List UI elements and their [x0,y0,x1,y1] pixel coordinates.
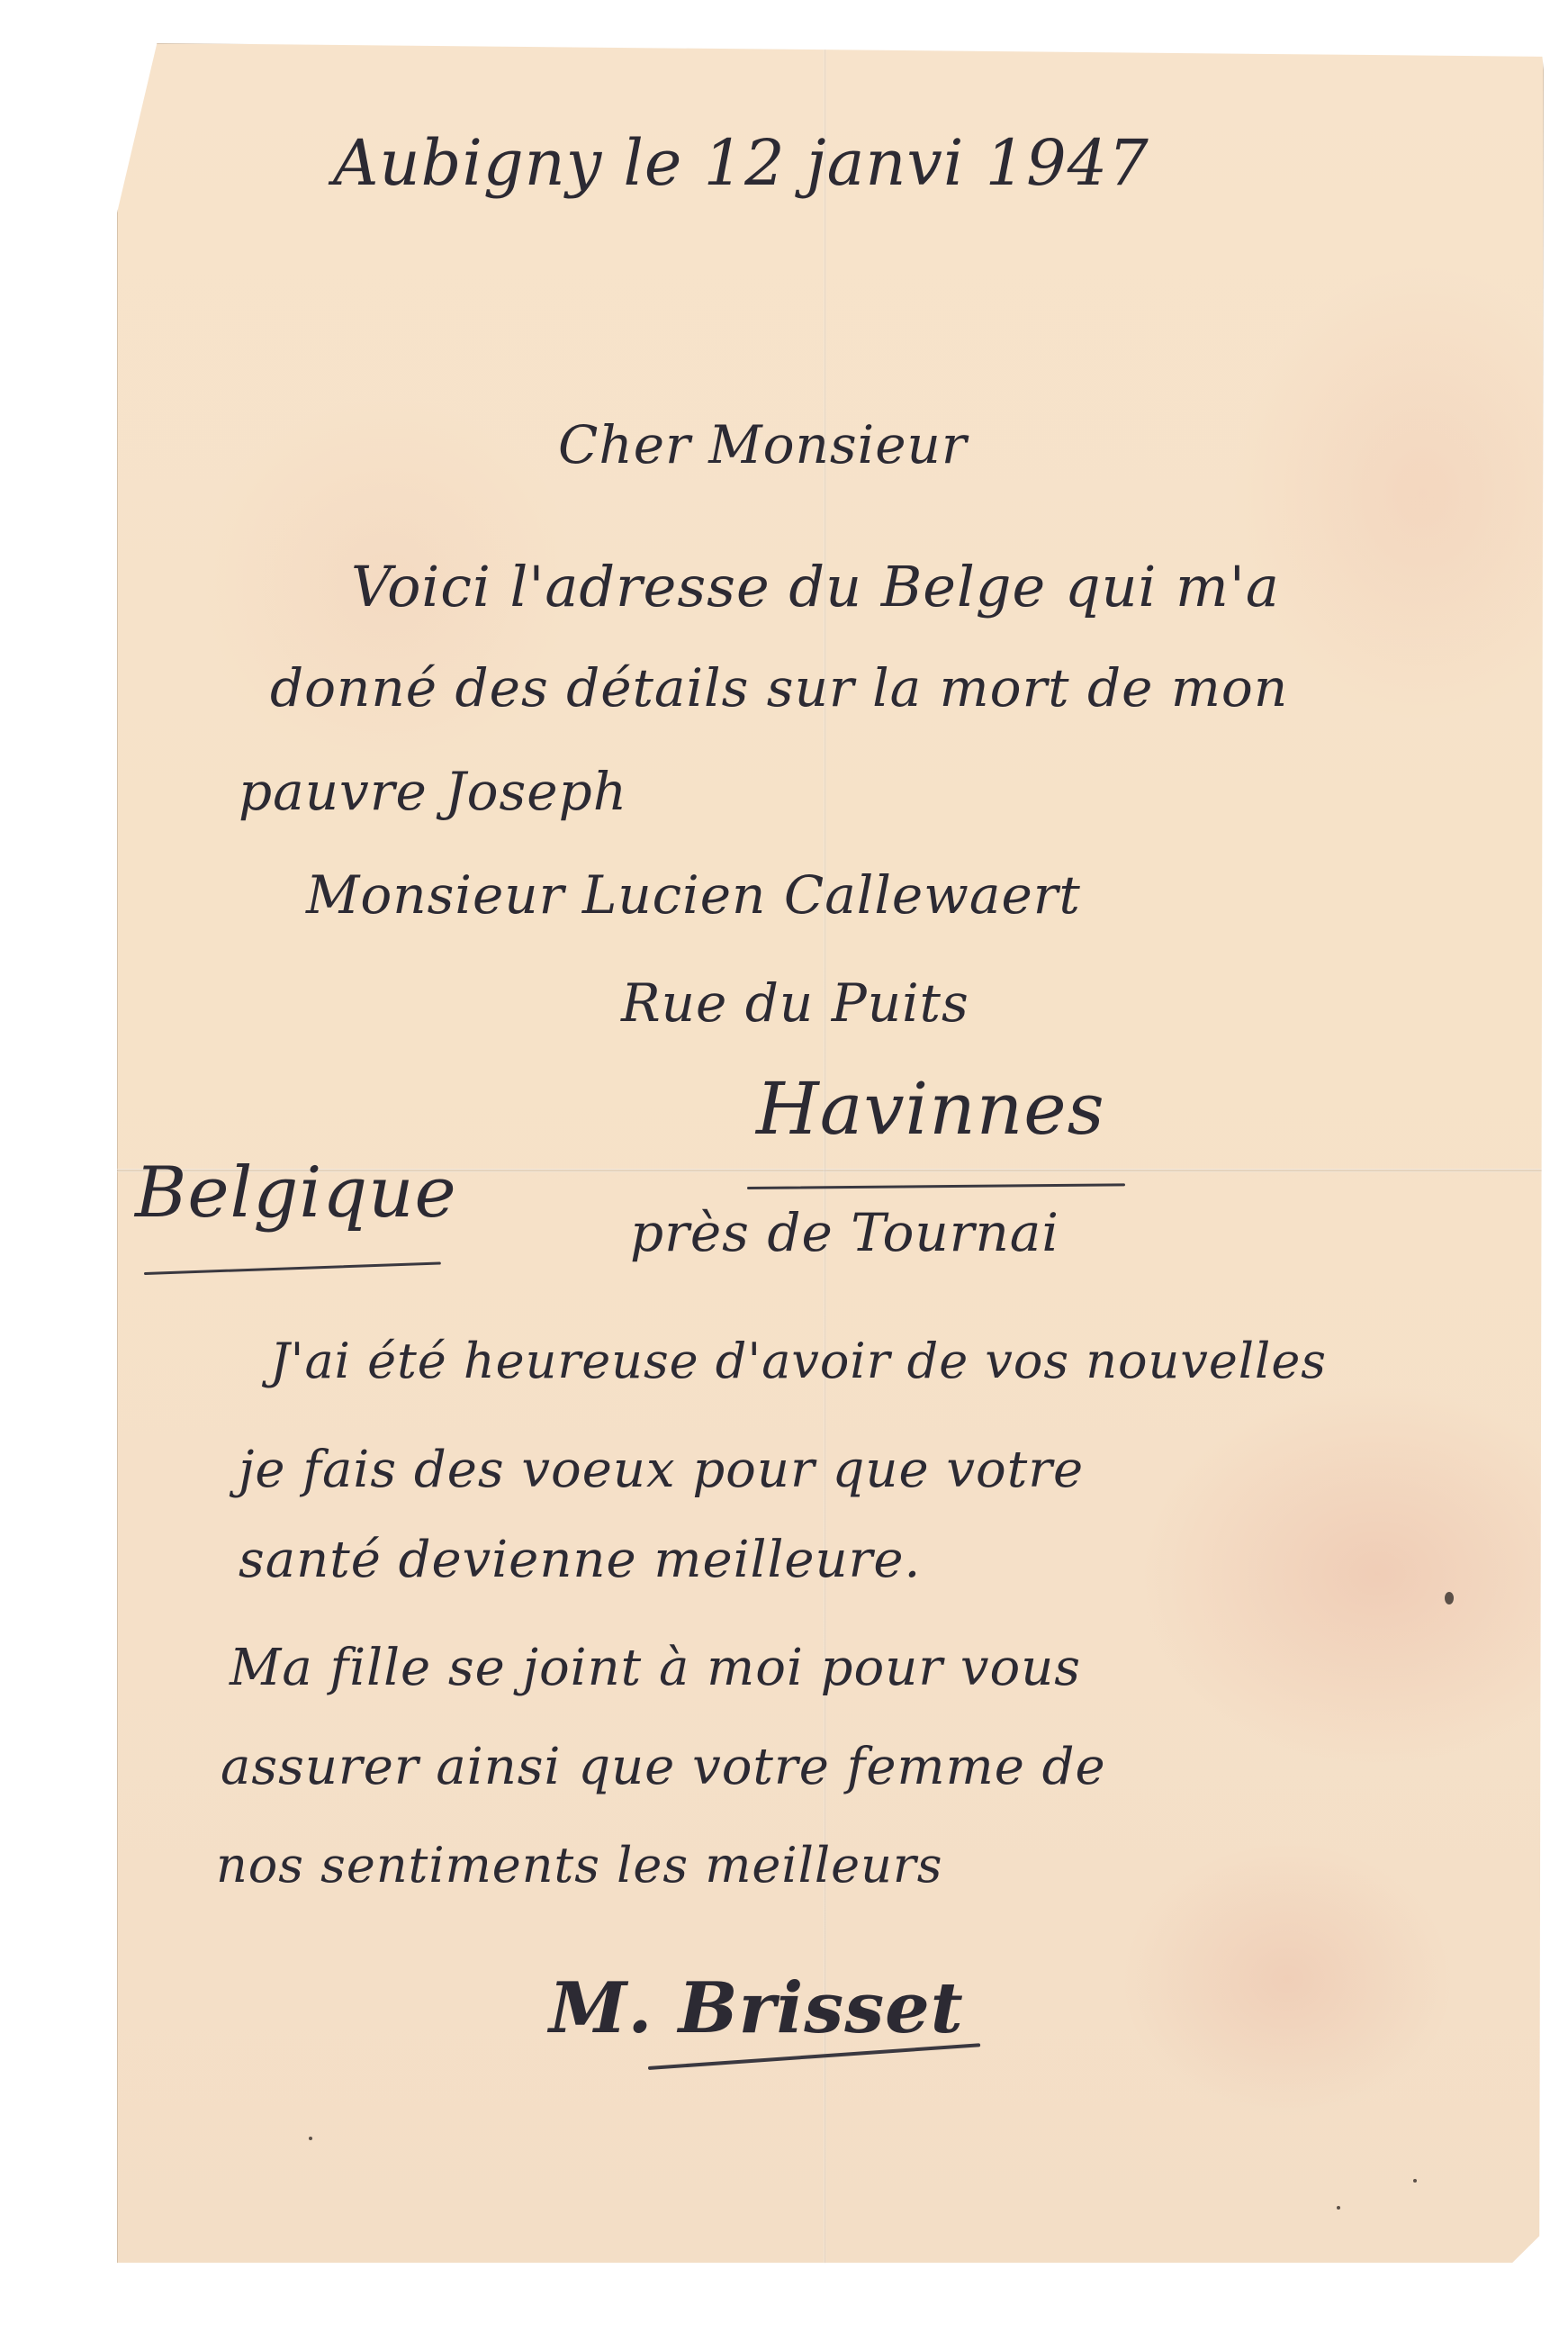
fold-crease-vertical [824,43,826,2276]
place-date-line: Aubigny le 12 janvi 1947 [333,126,1149,200]
address-town: Havinnes [756,1067,1105,1151]
ink-speck [1413,2179,1417,2183]
address-near: près de Tournai [630,1202,1059,1263]
ink-speck [1445,1592,1454,1604]
closing-line-6: nos sentiments les meilleurs [216,1837,942,1894]
body-line-1: Voici l'adresse du Belge qui m'a [351,554,1280,619]
closing-line-3: santé devienne meilleure. [239,1531,921,1589]
closing-line-5: assurer ainsi que votre femme de [221,1738,1106,1796]
address-street: Rue du Puits [621,972,969,1034]
signature: M. Brisset [549,1967,964,2049]
ink-speck [1337,2206,1340,2210]
salutation: Cher Monsieur [558,414,968,475]
body-line-2: donné des détails sur la mort de mon [270,657,1288,719]
ink-speck [309,2137,312,2140]
closing-line-4: Ma fille se joint à moi pour vous [230,1639,1081,1697]
closing-line-1: J'ai été heureuse d'avoir de vos nouvell… [270,1333,1327,1389]
address-name: Monsieur Lucien Callewaert [306,864,1081,926]
closing-line-2: je fais des voeux pour que votre [239,1441,1084,1499]
body-line-3: pauvre Joseph [239,761,627,822]
address-country: Belgique [135,1152,457,1234]
